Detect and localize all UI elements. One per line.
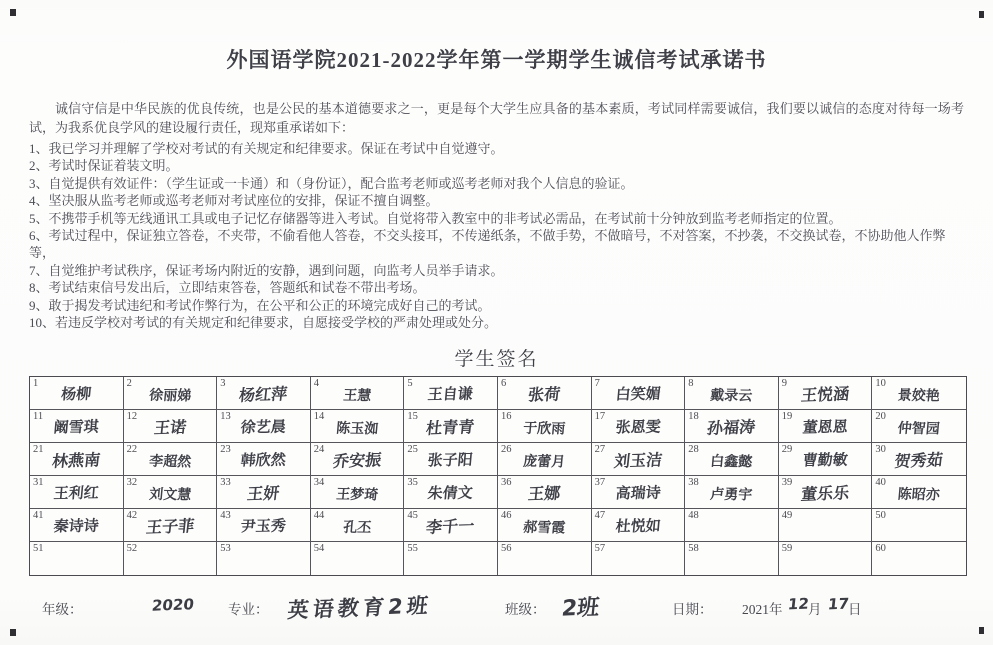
signature-cell: 35朱倩文 <box>404 476 498 509</box>
rule-item-7: 7、自觉维护考试秩序，保证考场内附近的安静，遇到问题，向监考人员举手请求。 <box>29 262 964 279</box>
handwritten-signature: 白鑫懿 <box>684 451 778 473</box>
handwritten-signature: 戴录云 <box>684 385 778 407</box>
handwritten-signature: 郝雪霞 <box>497 517 591 539</box>
grade-value-handwritten: 2020 <box>151 595 195 614</box>
handwritten-signature: 秦诗诗 <box>29 515 124 538</box>
handwritten-signature: 尹玉秀 <box>216 515 311 538</box>
signature-cell: 31王利红 <box>30 476 124 509</box>
signature-cell: 4王慧 <box>311 377 405 410</box>
signature-cell: 30贺秀茹 <box>872 443 966 476</box>
form-footer: 年级： 2020 专业： 英语教育2班 班级： 2班 日期： 2021年 12 … <box>0 590 993 630</box>
handwritten-signature: 于欣雨 <box>497 418 591 440</box>
date-month-handwritten: 12 <box>787 595 810 614</box>
cell-number: 53 <box>220 543 231 554</box>
rule-item-1: 1、我已学习并理解了学校对考试的有关规定和纪律要求。保证在考试中自觉遵守。 <box>29 140 964 157</box>
rule-item-4: 4、坚决服从监考老师或巡考老师对考试座位的安排，保证不擅自调整。 <box>29 192 964 209</box>
date-month-suffix: 月 <box>808 598 822 618</box>
rule-item-5: 5、不携带手机等无线通讯工具或电子记忆存储器等进入考试。自觉将带入教室中的非考试… <box>29 210 964 227</box>
cell-number: 50 <box>875 510 886 521</box>
handwritten-signature: 仲智园 <box>872 418 967 440</box>
date-day-handwritten: 17 <box>827 595 850 614</box>
signature-cell: 47杜悦如 <box>592 509 686 542</box>
signature-cell: 46郝雪霞 <box>498 509 592 542</box>
signature-cell: 38卢勇宇 <box>685 476 779 509</box>
handwritten-signature: 王慧 <box>310 385 404 407</box>
handwritten-signature: 朱倩文 <box>403 482 498 505</box>
signature-cell: 32刘文慧 <box>124 476 218 509</box>
signature-cell: 18孙福涛 <box>685 410 779 443</box>
handwritten-signature: 董恩恩 <box>778 416 873 439</box>
handwritten-signature: 徐丽娣 <box>123 385 217 407</box>
handwritten-signature: 王诺 <box>122 414 217 440</box>
handwritten-signature: 张恩雯 <box>591 416 686 439</box>
signature-cell: 53 <box>217 542 311 575</box>
cell-number: 57 <box>595 543 606 554</box>
handwritten-signature: 卢勇宇 <box>684 484 778 506</box>
date-year: 2021年 <box>742 598 783 618</box>
signature-cell: 8戴录云 <box>685 377 779 410</box>
signature-cell: 40陈昭亦 <box>872 476 966 509</box>
signature-cell: 55 <box>404 542 498 575</box>
signature-section-title: 学生签名 <box>29 344 964 371</box>
handwritten-signature: 刘文慧 <box>123 484 217 506</box>
cell-number: 48 <box>688 510 699 521</box>
document-title: 外国语学院2021-2022学年第一学期学生诚信考试承诺书 <box>29 44 964 74</box>
cell-number: 60 <box>875 543 886 554</box>
signature-cell: 45李千一 <box>404 509 498 542</box>
signature-cell: 50 <box>872 509 966 542</box>
major-label: 专业： <box>228 598 269 618</box>
signature-cell: 14陈玉洳 <box>311 410 405 443</box>
date-label: 日期： <box>672 598 713 618</box>
scan-corner-mark <box>979 11 984 18</box>
signature-table: 1杨柳2徐丽娣3杨红萍4王慧5王自谦6张荷7白笑媚8戴录云9王悦涵10景姣艳11… <box>29 376 967 576</box>
rule-item-8: 8、考试结束信号发出后，立即结束答卷，答题纸和试卷不带出考场。 <box>29 279 964 296</box>
signature-cell: 52 <box>124 542 218 575</box>
handwritten-signature: 乔安振 <box>309 447 404 473</box>
signature-cell: 20仲智园 <box>872 410 966 443</box>
handwritten-signature: 王自谦 <box>403 383 498 406</box>
handwritten-signature: 张荷 <box>497 381 592 407</box>
signature-cell: 1杨柳 <box>30 377 124 410</box>
cell-number: 56 <box>501 543 512 554</box>
signature-cell: 43尹玉秀 <box>217 509 311 542</box>
cell-number: 51 <box>33 543 44 554</box>
handwritten-signature: 王子菲 <box>122 513 217 539</box>
scanned-document: 外国语学院2021-2022学年第一学期学生诚信考试承诺书 诚信守信是中华民族的… <box>0 0 993 645</box>
handwritten-signature: 杨柳 <box>29 383 124 406</box>
handwritten-signature: 王悦涵 <box>777 381 872 407</box>
signature-cell: 23韩欣然 <box>217 443 311 476</box>
signature-cell: 27刘玉洁 <box>592 443 686 476</box>
handwritten-signature: 白笑媚 <box>591 383 686 406</box>
signature-cell: 42王子菲 <box>124 509 218 542</box>
rule-item-3: 3、自觉提供有效证件：（学生证或一卡通）和（身份证），配合监考老师或巡考老师对我… <box>29 175 964 192</box>
signature-cell: 34王梦琦 <box>311 476 405 509</box>
signature-cell: 28白鑫懿 <box>685 443 779 476</box>
handwritten-signature: 杨红萍 <box>216 381 311 407</box>
signature-cell: 51 <box>30 542 124 575</box>
signature-cell: 5王自谦 <box>404 377 498 410</box>
signature-cell: 17张恩雯 <box>592 410 686 443</box>
handwritten-signature: 王妍 <box>216 480 311 506</box>
signature-cell: 12王诺 <box>124 410 218 443</box>
signature-cell: 29曹勤敏 <box>779 443 873 476</box>
signature-cell: 37高瑞诗 <box>592 476 686 509</box>
signature-cell: 44孔丕 <box>311 509 405 542</box>
signature-cell: 25张子阳 <box>404 443 498 476</box>
class-label: 班级： <box>505 598 546 618</box>
rule-item-10: 10、若违反学校对考试的有关规定和纪律要求，自愿接受学校的严肃处理或处分。 <box>29 314 964 331</box>
handwritten-signature: 孙福涛 <box>684 414 779 440</box>
major-value-handwritten: 英语教育2班 <box>286 590 433 625</box>
grade-label: 年级： <box>42 598 83 618</box>
signature-cell: 10景姣艳 <box>872 377 966 410</box>
signature-cell: 16于欣雨 <box>498 410 592 443</box>
cell-number: 54 <box>314 543 325 554</box>
signature-cell: 49 <box>779 509 873 542</box>
handwritten-signature: 林燕南 <box>29 447 124 473</box>
handwritten-signature: 贺秀茹 <box>871 447 967 473</box>
signature-cell: 60 <box>872 542 966 575</box>
signature-cell: 58 <box>685 542 779 575</box>
handwritten-signature: 庞蕾月 <box>497 451 591 473</box>
signature-cell: 7白笑媚 <box>592 377 686 410</box>
signature-cell: 3杨红萍 <box>217 377 311 410</box>
cell-number: 55 <box>407 543 418 554</box>
handwritten-signature: 徐艺晨 <box>216 416 311 439</box>
signature-cell: 24乔安振 <box>311 443 405 476</box>
handwritten-signature: 李超然 <box>123 451 217 473</box>
handwritten-signature: 曹勤敏 <box>778 449 873 472</box>
signature-cell: 57 <box>592 542 686 575</box>
signature-cell: 54 <box>311 542 405 575</box>
cell-number: 59 <box>782 543 793 554</box>
signature-cell: 22李超然 <box>124 443 218 476</box>
handwritten-signature: 陈昭亦 <box>872 484 967 506</box>
signature-cell: 39董乐乐 <box>779 476 873 509</box>
handwritten-signature: 高瑞诗 <box>591 482 686 505</box>
signature-cell: 9王悦涵 <box>779 377 873 410</box>
signature-cell: 13徐艺晨 <box>217 410 311 443</box>
cell-number: 58 <box>688 543 699 554</box>
rules-list: 1、我已学习并理解了学校对考试的有关规定和纪律要求。保证在考试中自觉遵守。 2、… <box>29 140 964 331</box>
handwritten-signature: 张子阳 <box>403 449 498 472</box>
scan-corner-mark <box>10 629 16 636</box>
signature-cell: 15杜青青 <box>404 410 498 443</box>
rule-item-9: 9、敢于揭发考试违纪和考试作弊行为，在公平和公正的环境完成好自己的考试。 <box>29 297 964 314</box>
handwritten-signature: 阚雪琪 <box>29 416 124 439</box>
handwritten-signature: 陈玉洳 <box>310 418 404 440</box>
signature-cell: 11阚雪琪 <box>30 410 124 443</box>
handwritten-signature: 王娜 <box>497 480 592 506</box>
signature-cell: 41秦诗诗 <box>30 509 124 542</box>
signature-cell: 6张荷 <box>498 377 592 410</box>
handwritten-signature: 王梦琦 <box>310 484 404 506</box>
handwritten-signature: 杜青青 <box>403 414 498 440</box>
signature-cell: 26庞蕾月 <box>498 443 592 476</box>
handwritten-signature: 王利红 <box>29 482 124 505</box>
signature-cell: 19董恩恩 <box>779 410 873 443</box>
rule-item-6: 6、考试过程中，保证独立答卷，不夹带，不偷看他人答卷，不交头接耳，不传递纸条，不… <box>29 227 964 262</box>
cell-number: 49 <box>782 510 793 521</box>
handwritten-signature: 杜悦如 <box>591 515 686 538</box>
handwritten-signature: 刘玉洁 <box>590 447 685 473</box>
signature-cell: 33王妍 <box>217 476 311 509</box>
signature-cell: 2徐丽娣 <box>124 377 218 410</box>
cell-number: 52 <box>127 543 138 554</box>
handwritten-signature: 景姣艳 <box>872 385 967 407</box>
scan-corner-mark <box>10 9 16 16</box>
signature-cell: 59 <box>779 542 873 575</box>
signature-cell: 48 <box>685 509 779 542</box>
signature-cell: 21林燕南 <box>30 443 124 476</box>
signature-cell: 56 <box>498 542 592 575</box>
handwritten-signature: 董乐乐 <box>777 480 872 506</box>
handwritten-signature: 孔丕 <box>310 517 404 539</box>
rule-item-2: 2、考试时保证着装文明。 <box>29 157 964 174</box>
intro-paragraph: 诚信守信是中华民族的优良传统，也是公民的基本道德要求之一，更是每个大学生应具备的… <box>29 100 964 137</box>
handwritten-signature: 韩欣然 <box>216 449 311 472</box>
date-day-suffix: 日 <box>848 598 862 618</box>
class-value-handwritten: 2班 <box>560 590 601 622</box>
signature-cell: 36王娜 <box>498 476 592 509</box>
handwritten-signature: 李千一 <box>403 513 498 539</box>
